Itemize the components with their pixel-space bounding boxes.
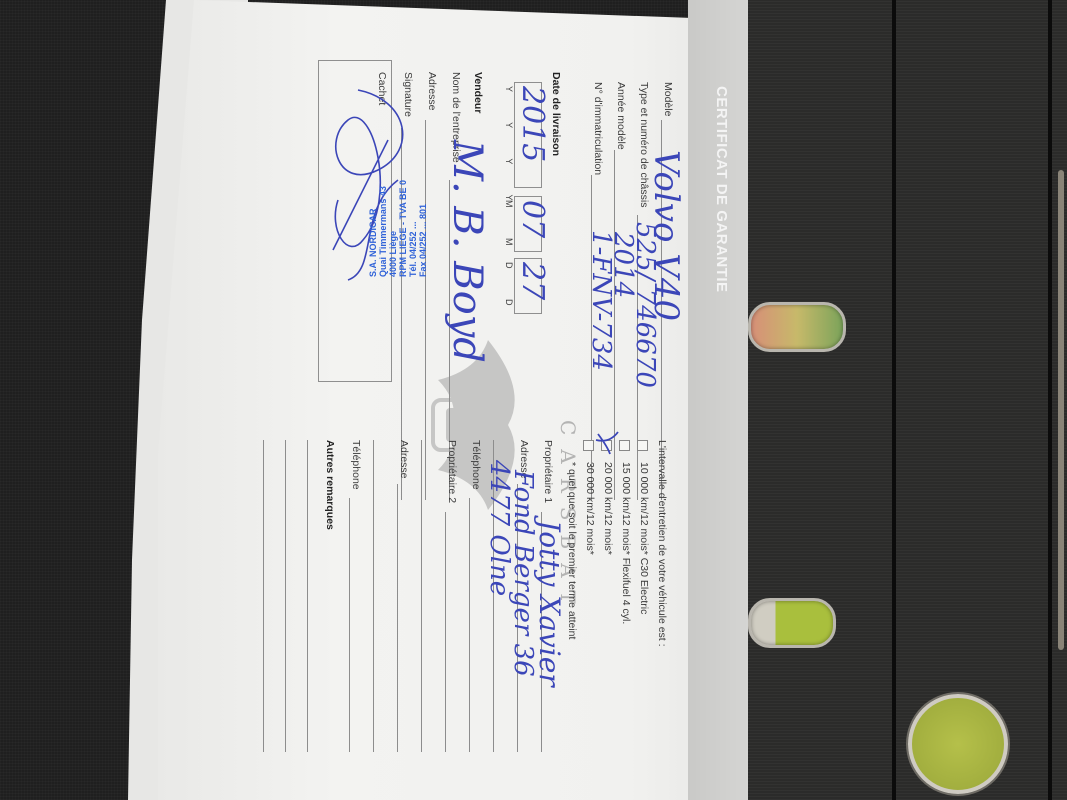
warranty-certificate: CERTIFICAT DE GARANTIE CARSBAT Modèle Vo…	[158, 0, 748, 800]
remarks-line	[307, 440, 308, 752]
option-20000: 20 000 km/12 mois*	[602, 462, 614, 555]
document-content: CERTIFICAT DE GARANTIE CARSBAT Modèle Vo…	[158, 0, 748, 800]
owner1-address-line2: 4477 Olne	[484, 460, 514, 596]
document-title: CERTIFICAT DE GARANTIE	[713, 86, 730, 293]
year-label: Année modèle	[615, 82, 627, 150]
month-placeholder: M M	[504, 200, 514, 260]
option-checkbox-30000[interactable]	[583, 440, 594, 451]
binder-groove	[1048, 0, 1052, 800]
binder-spine	[745, 0, 1067, 800]
owner2-address-line	[397, 484, 398, 752]
owner2-phone-line	[349, 498, 350, 752]
stamp-line: Tél. 04/252 ...	[408, 180, 418, 277]
year-placeholder: Y Y Y Y	[504, 86, 514, 215]
seller-address-label: Adresse	[426, 72, 438, 111]
owner2-address-line-2	[373, 440, 374, 752]
maintenance-footnote: * quel que soit le premier terme atteint	[566, 462, 578, 639]
stamp-line: RPM LIEGE - TVA BE 0	[398, 180, 408, 277]
owner1-phone-label: Téléphone	[470, 440, 482, 490]
remarks-line	[263, 440, 264, 752]
option-15000: 15 000 km/12 mois* Flexifuel 4 cyl.	[620, 462, 632, 624]
delivery-month-value: 07	[515, 200, 550, 238]
owner1-label: Propriétaire 1	[542, 440, 554, 503]
company-value: M. B. Boyd	[444, 140, 490, 363]
binder-groove	[892, 0, 896, 800]
option-30000: 30 000 km/12 mois*	[584, 462, 596, 555]
registration-label: N° d'immatriculation	[592, 82, 604, 175]
delivery-day-value: 27	[515, 262, 550, 300]
registration-value: 1-FNV-734	[586, 230, 616, 371]
ring-slot-upper	[748, 302, 846, 352]
day-placeholder: D D	[504, 262, 514, 320]
option-10000: 10 000 km/12 mois* C30 Electric	[638, 462, 650, 614]
binder-edge	[1058, 170, 1064, 650]
check-mark-icon	[592, 428, 622, 458]
seller-heading: Vendeur	[472, 72, 484, 113]
owner2-address-label: Adresse	[398, 440, 410, 479]
chassis-label: Type et numéro de châssis	[638, 82, 650, 207]
model-label: Modèle	[662, 82, 674, 116]
finger-hole	[908, 694, 1008, 794]
option-checkbox-10000[interactable]	[637, 440, 648, 451]
owner2-extra-line	[421, 440, 422, 752]
delivery-year-value: 2015	[515, 86, 550, 162]
remarks-label: Autres remarques	[324, 440, 336, 530]
stamp-line: Quai Timmermans 43	[378, 180, 388, 277]
seller-address-line	[425, 120, 426, 500]
ring-slot-lower	[748, 598, 836, 648]
remarks-line	[285, 440, 286, 752]
stamp-line: S.A. NORDICAR	[368, 180, 378, 277]
stamp-line: 4000 Liège	[388, 180, 398, 277]
stamp-line: Fax 04/252 ... 801	[418, 180, 428, 277]
owner1-phone-line	[469, 498, 470, 752]
delivery-date-label: Date de livraison	[550, 72, 562, 156]
owner2-label: Propriétaire 2	[446, 440, 458, 503]
maintenance-intro: L'intervalle d'entretien de votre véhicu…	[656, 440, 668, 647]
dealer-stamp: S.A. NORDICAR Quai Timmermans 43 4000 Li…	[368, 180, 428, 277]
owner2-line	[445, 512, 446, 752]
owner2-phone-label: Téléphone	[350, 440, 362, 490]
